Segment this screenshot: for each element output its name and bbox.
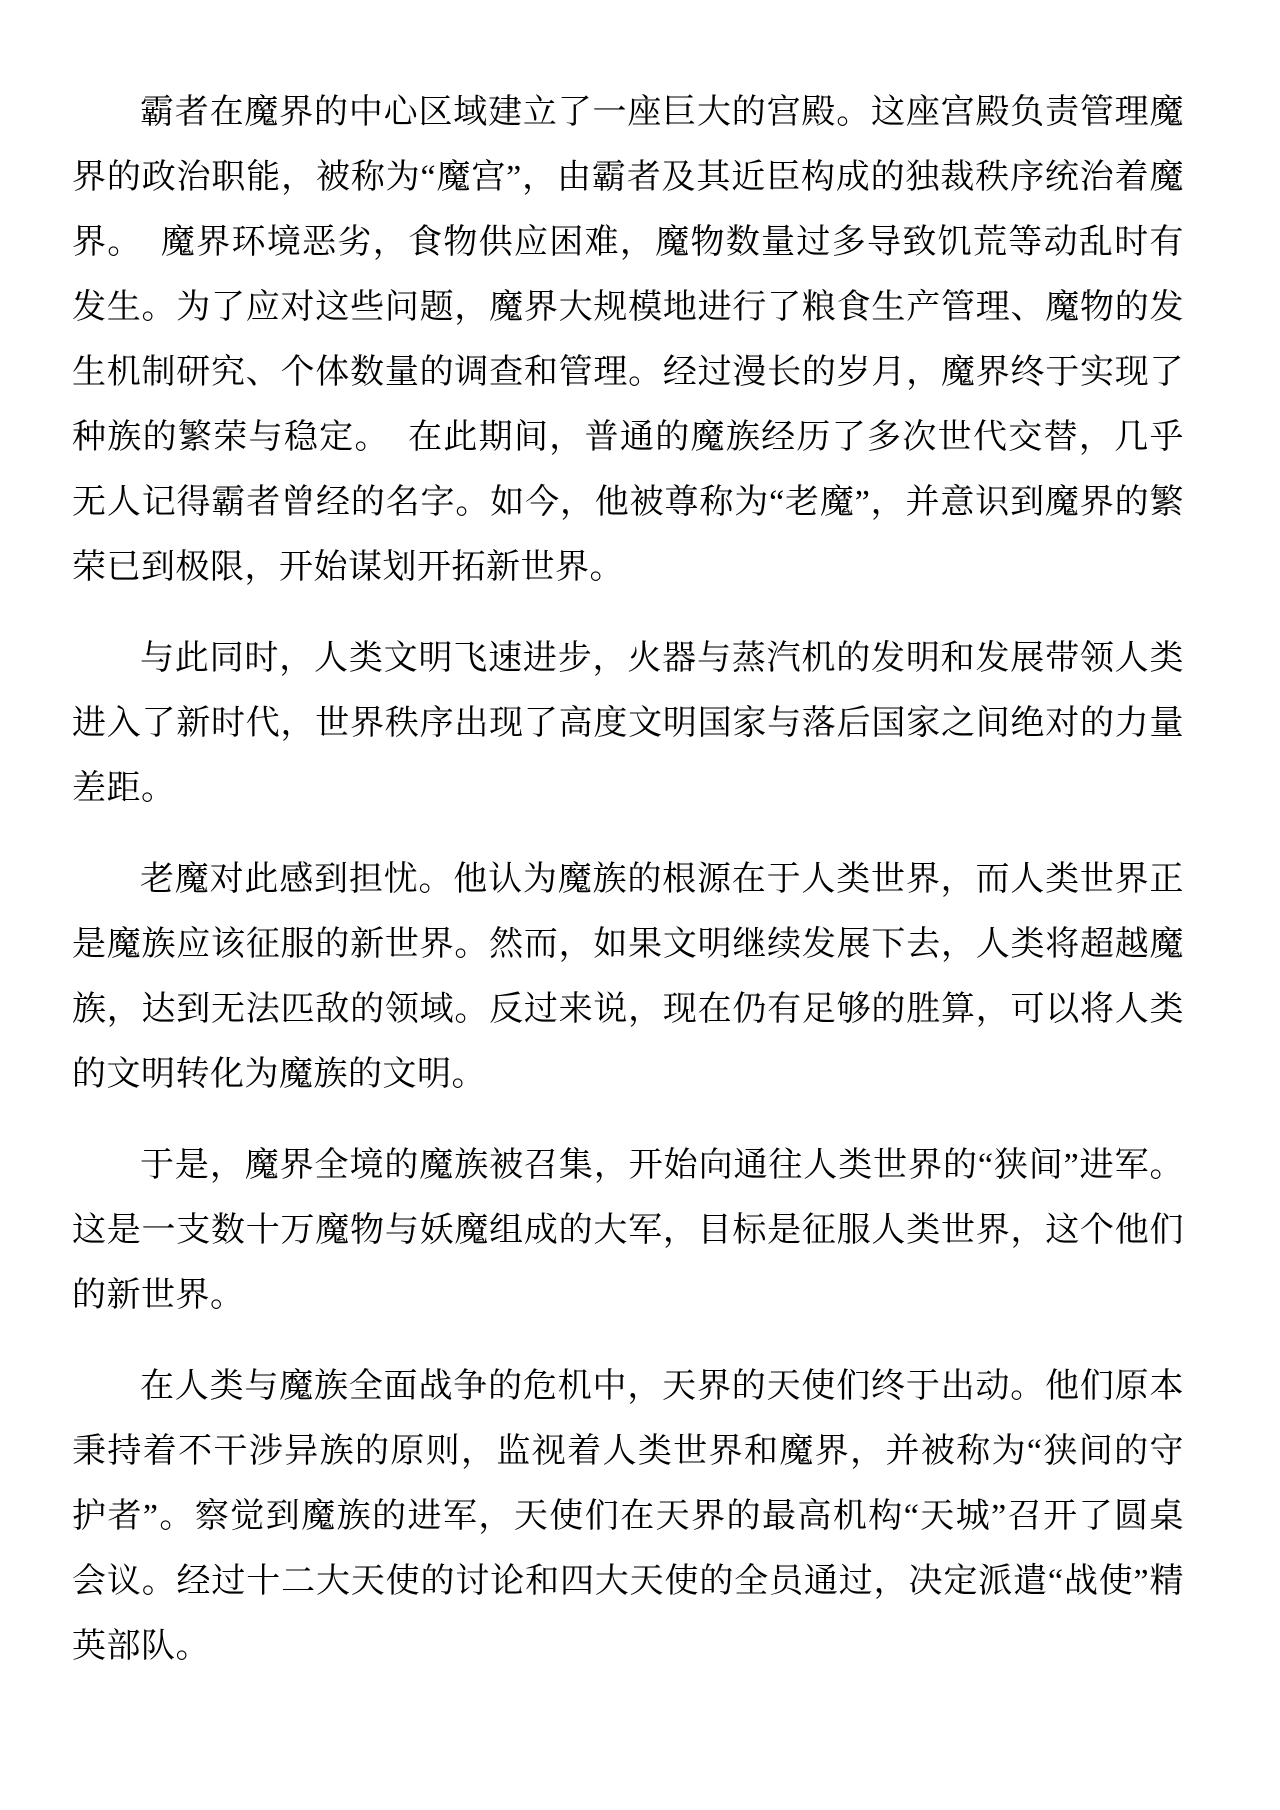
paragraph-human-civilization: 与此同时，人类文明飞速进步，火器与蒸汽机的发明和发展带领人类进入了新时代，世界秩… [72, 626, 1184, 821]
document-page: 霸者在魔界的中心区域建立了一座巨大的宫殿。这座宫殿负责管理魔界的政治职能，被称为… [0, 0, 1280, 1810]
paragraph-demon-palace: 霸者在魔界的中心区域建立了一座巨大的宫殿。这座宫殿负责管理魔界的政治职能，被称为… [72, 80, 1184, 600]
document-body: 霸者在魔界的中心区域建立了一座巨大的宫殿。这座宫殿负责管理魔界的政治职能，被称为… [72, 80, 1184, 1679]
paragraph-demon-army-march: 于是，魔界全境的魔族被召集，开始向通往人类世界的“狭间”进军。这是一支数十万魔物… [72, 1133, 1184, 1328]
paragraph-old-demon-worry: 老魔对此感到担忧。他认为魔族的根源在于人类世界，而人类世界正是魔族应该征服的新世… [72, 847, 1184, 1107]
paragraph-angels-mobilize: 在人类与魔族全面战争的危机中，天界的天使们终于出动。他们原本秉持着不干涉异族的原… [72, 1354, 1184, 1679]
